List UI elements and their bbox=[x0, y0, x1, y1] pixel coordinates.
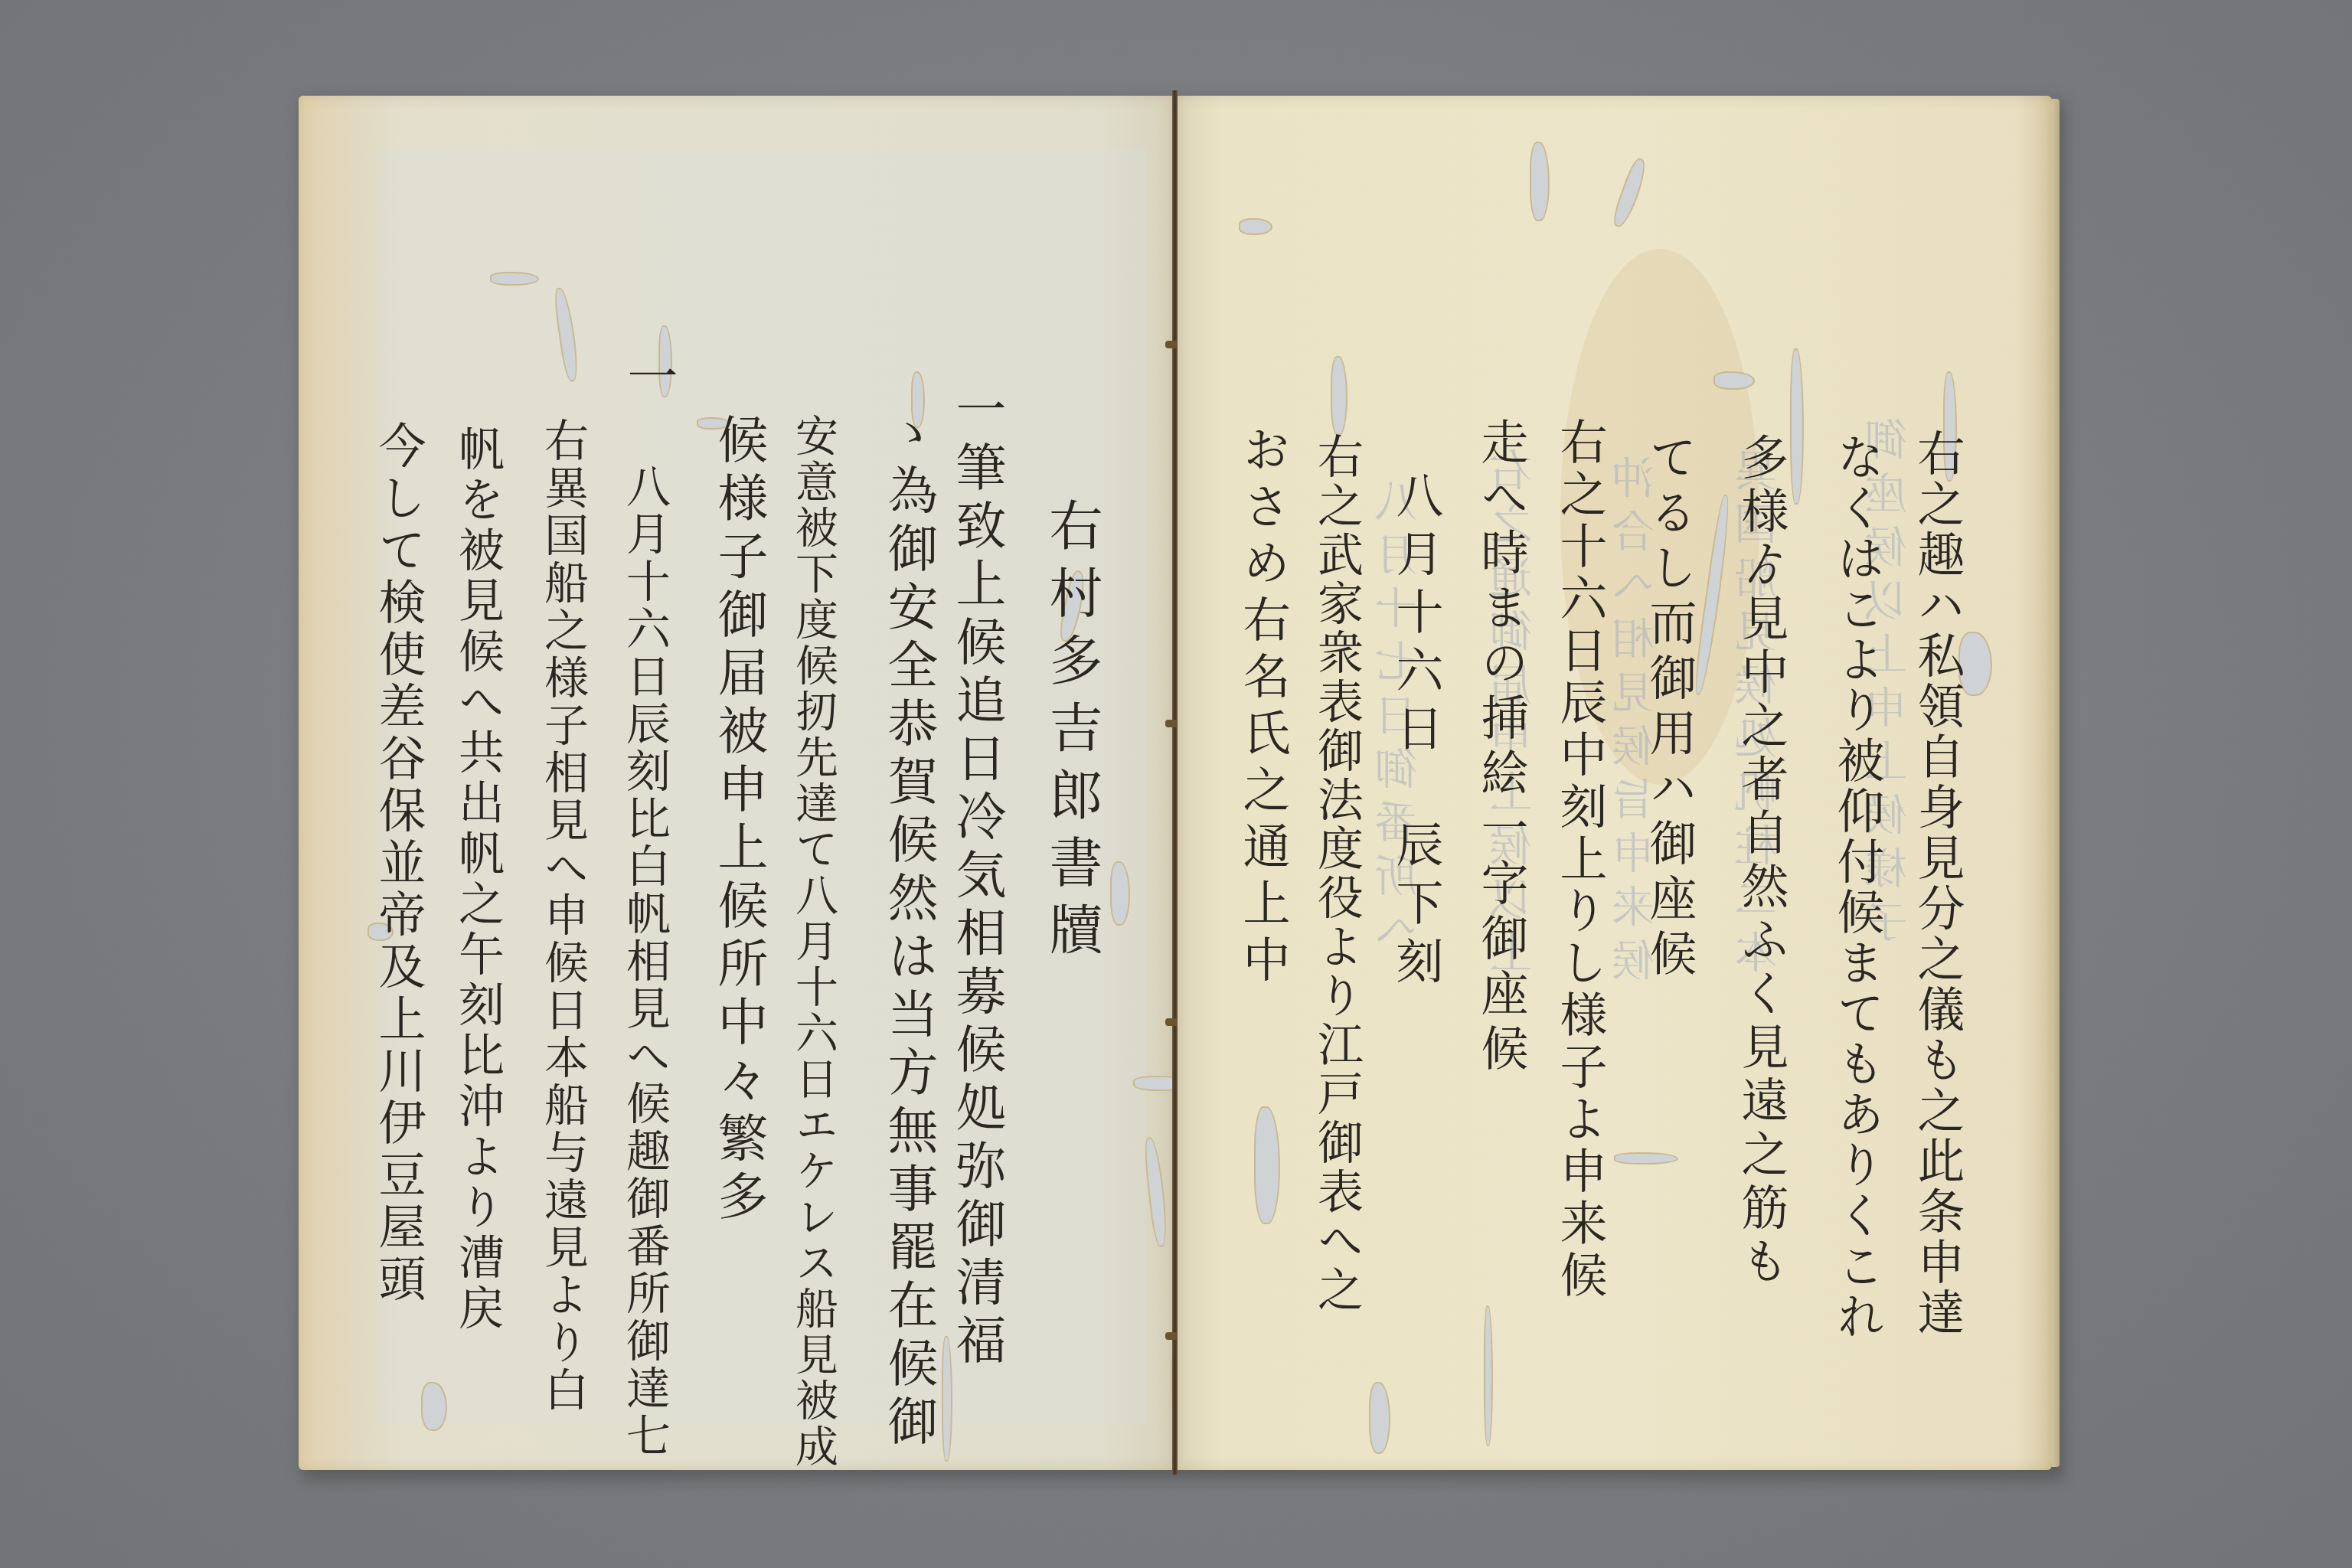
text-column: 多様ゟ見中之者自然ふく見遠之筋も bbox=[1737, 433, 1785, 1290]
text-column: 安意被下度候扨先達て八月十六日エケレス船見被成 bbox=[792, 413, 835, 1470]
wormhole bbox=[1254, 1106, 1280, 1224]
text-column: 走へ時まの挿絵一字御座候 bbox=[1477, 417, 1524, 1079]
wormhole bbox=[1614, 1152, 1678, 1165]
text-column: 一筆致上候追日冷気相募候処弥御清福 bbox=[951, 383, 1001, 1372]
text-column: なくはこより被仰付候まてもありくこれ bbox=[1833, 433, 1880, 1342]
wormhole bbox=[1331, 356, 1347, 436]
left-page: 右村多吉郎書牘 一筆致上候追日冷気相募候処弥御清福 ゝ為御安全恭賀候然は当方無事… bbox=[299, 96, 1173, 1470]
date-column: 八月十六日 辰下刻 bbox=[1392, 471, 1439, 995]
text-column: てるし而御用ハ御座候 bbox=[1645, 433, 1693, 984]
text-column: おさめ右名氏之通上中 bbox=[1239, 425, 1286, 991]
wormhole bbox=[1530, 142, 1550, 221]
text-column: 帆を被見候へ共出帆之午刻比沖より漕戻 bbox=[455, 425, 501, 1334]
text-column: 今して検使差谷保並帝及上川伊豆屋頭 bbox=[374, 421, 422, 1306]
text-column: ゝ為御安全恭賀候然は当方無事罷在候御 bbox=[883, 406, 933, 1453]
text-column: 右之趣ハ私領自身見分之儀も之此条申達 bbox=[1913, 429, 1961, 1338]
text-column: 右之十六日辰中刻上りし様子よ申来候 bbox=[1556, 417, 1603, 1302]
text-column: 右異国船之様子相見へ申候日本船与遠見より白 bbox=[541, 417, 585, 1414]
right-page: 御座候以上申上候様子 異国船見候処帆柱二本 沖合へ相見候旨申来候 右之通御届申上… bbox=[1178, 96, 2052, 1470]
letter-title: 右村多吉郎書牘 bbox=[1045, 498, 1099, 969]
book-spine bbox=[1172, 90, 1178, 1475]
text-column: 候様子御届被申上候所中々繁多 bbox=[713, 413, 763, 1228]
wormhole bbox=[1610, 156, 1651, 230]
wormhole bbox=[1143, 1136, 1170, 1247]
text-column: 八月十六日辰刻比白帆相見へ候趣御番所御達七 bbox=[622, 463, 667, 1460]
text-column: 右之武家衆表御法度役より江戸御表へ之 bbox=[1314, 433, 1360, 1315]
wormhole bbox=[1713, 371, 1755, 390]
wormhole bbox=[421, 1382, 447, 1431]
wormhole bbox=[1484, 1305, 1493, 1446]
wormhole bbox=[1369, 1382, 1390, 1454]
wormhole bbox=[490, 272, 539, 286]
wormhole bbox=[1239, 218, 1272, 235]
wormhole bbox=[1110, 861, 1130, 926]
wormhole bbox=[1790, 348, 1804, 505]
item-marker: 一 bbox=[622, 350, 673, 408]
